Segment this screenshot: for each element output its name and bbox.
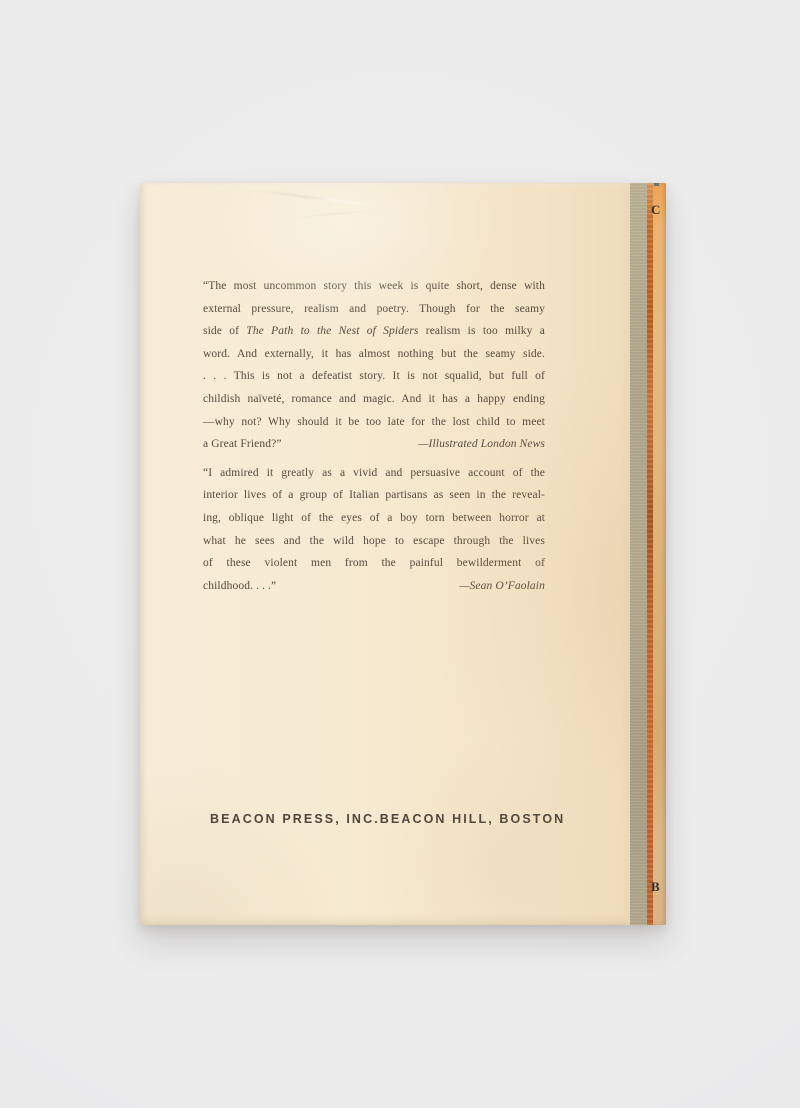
quote-text: childish naïveté, romance and magic. And… — [203, 393, 545, 405]
quote-text: —why not? Why should it be too late for … — [203, 416, 545, 428]
book-spine-edge: C B — [653, 183, 666, 925]
quote-line: “I admired it greatly as a vivid and per… — [203, 462, 545, 485]
quote-line: childish naïveté, romance and magic. And… — [203, 388, 545, 411]
quote-italic-text: —Sean O’Faolain — [459, 580, 545, 592]
quote-line: “The most uncommon story this week is qu… — [203, 275, 545, 298]
quote-text: interior lives of a group of Italian par… — [203, 489, 545, 501]
quote-text: of these violent men from the painful be… — [203, 557, 545, 569]
paper-crease — [252, 189, 386, 208]
quote-line: ing, oblique light of the eyes of a boy … — [203, 507, 545, 530]
quote-paragraph: “I admired it greatly as a vivid and per… — [203, 462, 545, 598]
quote-text: a Great Friend?” — [203, 438, 282, 450]
quote-italic-text: —Illustrated London News — [418, 438, 545, 450]
spine-letter-top: C — [651, 203, 660, 216]
quote-text: word. And externally, it has almost noth… — [203, 348, 545, 360]
quote-closing-text: a Great Friend?” — [203, 433, 282, 456]
quote-line: —why not? Why should it be too late for … — [203, 411, 545, 434]
quote-line: what he sees and the wild hope to escape… — [203, 530, 545, 553]
spine-letter-bottom: B — [651, 880, 660, 893]
quote-closing-text: childhood. . . .” — [203, 575, 276, 598]
quote-line: of these violent men from the painful be… — [203, 552, 545, 575]
quote-text: ing, oblique light of the eyes of a boy … — [203, 512, 545, 524]
quote-text: “The most uncommon story this week is qu… — [203, 280, 545, 292]
quote-final-line: a Great Friend?”—Illustrated London News — [203, 433, 545, 456]
quote-line: word. And externally, it has almost noth… — [203, 343, 545, 366]
quote-attribution: —Sean O’Faolain — [459, 575, 545, 598]
quote-attribution: —Illustrated London News — [418, 433, 545, 456]
publisher-name: BEACON PRESS, INC. — [210, 812, 380, 826]
quote-text: what he sees and the wild hope to escape… — [203, 535, 545, 547]
jacket-fold-gray-strip — [630, 183, 647, 925]
book-back-cover: “The most uncommon story this week is qu… — [140, 183, 666, 925]
quote-text: “I admired it greatly as a vivid and per… — [203, 467, 545, 479]
publisher-line: BEACON PRESS, INC. BEACON HILL, BOSTON — [210, 812, 560, 826]
quote-text: external pressure, realism and poetry. T… — [203, 303, 545, 315]
quote-text: childhood. . . .” — [203, 580, 276, 592]
review-quotes: “The most uncommon story this week is qu… — [203, 275, 545, 597]
paper-crease — [290, 209, 380, 219]
publisher-location: BEACON HILL, BOSTON — [380, 812, 566, 826]
quote-line: external pressure, realism and poetry. T… — [203, 298, 545, 321]
spine-top-speck — [654, 183, 659, 186]
cover-paper: “The most uncommon story this week is qu… — [140, 183, 630, 925]
quote-final-line: childhood. . . .”—Sean O’Faolain — [203, 575, 545, 598]
quote-text: . . . This is not a defeatist story. It … — [203, 370, 545, 382]
quote-text: side of — [203, 325, 246, 337]
photo-background: “The most uncommon story this week is qu… — [0, 0, 800, 1108]
quote-line: side of The Path to the Nest of Spiders … — [203, 320, 545, 343]
quote-line: interior lives of a group of Italian par… — [203, 484, 545, 507]
quote-line: . . . This is not a defeatist story. It … — [203, 365, 545, 388]
quote-italic-text: The Path to the Nest of Spiders — [246, 325, 418, 337]
quote-paragraph: “The most uncommon story this week is qu… — [203, 275, 545, 456]
quote-text: realism is too milky a — [419, 325, 545, 337]
